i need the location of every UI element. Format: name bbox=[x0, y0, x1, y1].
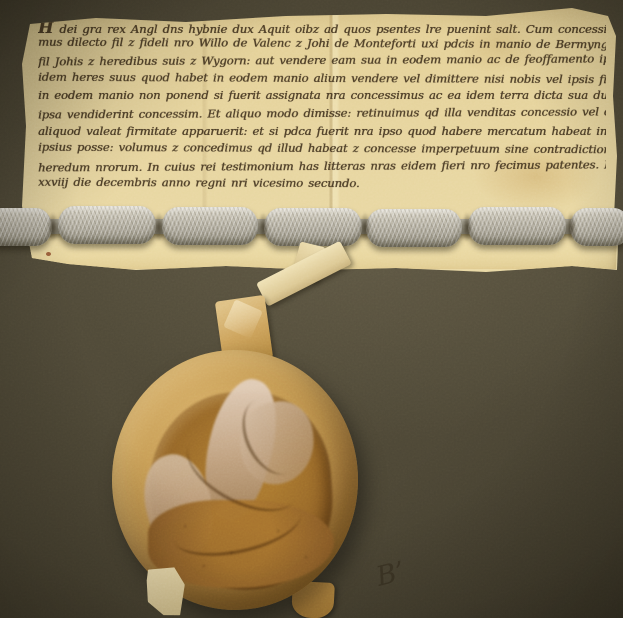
text-line: aliquod valeat firmitate apparuerit: et … bbox=[38, 124, 606, 142]
text-line: ipsa vendiderint concessim. Et aliquo mo… bbox=[38, 104, 606, 125]
cord-slit-shadow bbox=[46, 204, 60, 250]
text-line: H dei gra rex Angl dns hybnie dux Aquit … bbox=[38, 18, 606, 36]
text-line: xxviij die decembris anno regni nri vice… bbox=[38, 175, 606, 195]
cord-slit-shadow bbox=[358, 204, 372, 250]
cord-segment bbox=[366, 209, 462, 247]
text-line: in eodem manio non ponend si fuerit assi… bbox=[38, 88, 606, 106]
cord-segment bbox=[0, 208, 52, 246]
charter-text-block: H dei gra rex Angl dns hybnie dux Aquit … bbox=[38, 18, 606, 206]
cord-segment bbox=[468, 207, 566, 245]
text-line: idem heres suus quod habet in eodem mani… bbox=[38, 70, 606, 90]
cord-slit-shadow bbox=[564, 204, 578, 250]
faint-archival-mark: B’ bbox=[373, 551, 433, 608]
cord-segment bbox=[58, 206, 156, 244]
cord-segment bbox=[264, 208, 362, 246]
cord-slit-shadow bbox=[256, 204, 270, 250]
photo-of-medieval-charter: B’ H dei gra rex Angl dns hybnie dux Aqu… bbox=[0, 0, 623, 618]
cord-segment bbox=[162, 207, 258, 245]
cord-slit-shadow bbox=[152, 204, 166, 250]
cord-slit-shadow bbox=[460, 204, 474, 250]
